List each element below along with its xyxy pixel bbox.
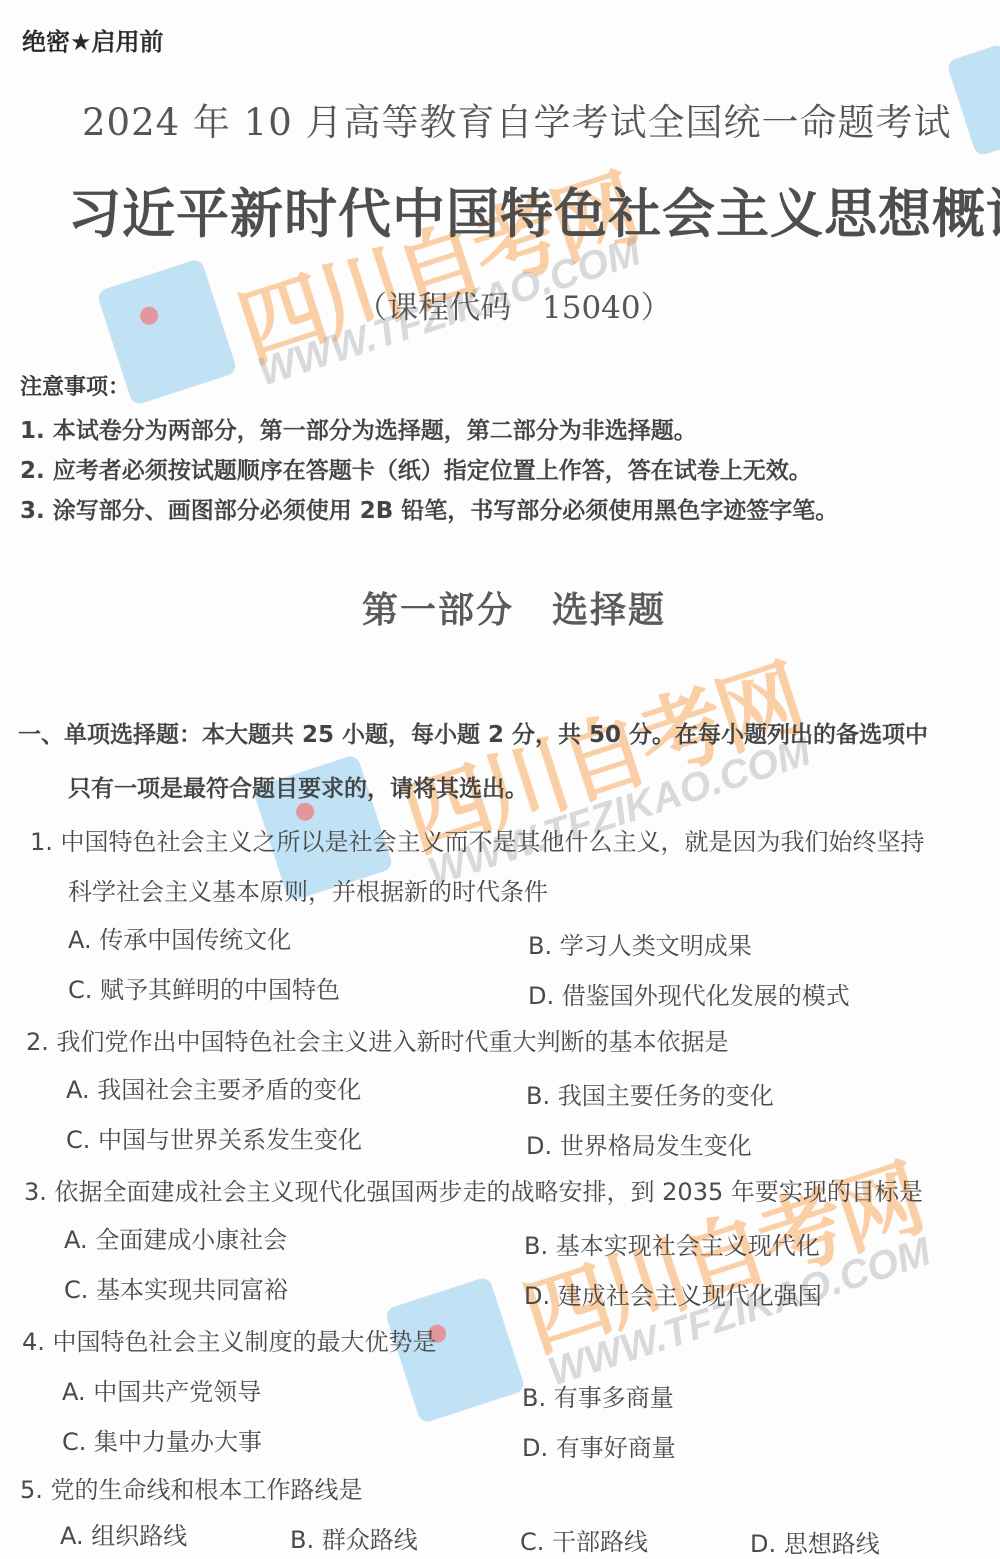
question-stem: 3. 依据全面建成社会主义现代化强国两步走的战略安排，到 2035 年要实现的目… — [24, 1172, 923, 1207]
notes-heading: 注意事项： — [20, 370, 130, 401]
confidential-label: 绝密★启用前 — [22, 22, 164, 57]
question-stem: 2. 我们党作出中国特色社会主义进入新时代重大判断的基本依据是 — [26, 1022, 729, 1057]
option-b: B. 学习人类文明成果 — [528, 926, 752, 961]
option-d: D. 世界格局发生变化 — [526, 1126, 752, 1161]
section-instructions-cont: 只有一项是最符合题目要求的，请将其选出。 — [68, 770, 528, 803]
question-stem: 1. 中国特色社会主义之所以是社会主义而不是其他什么主义，就是因为我们始终坚持 — [30, 822, 925, 857]
note-item: 3. 涂写部分、画图部分必须使用 2B 铅笔，书写部分必须使用黑色字迹签字笔。 — [20, 492, 838, 525]
part-heading: 第一部分 选择题 — [362, 582, 666, 633]
exam-title: 2024 年 10 月高等教育自学考试全国统一命题考试 — [82, 92, 952, 146]
watermark-url: WWW.TFZIKAO.COM — [423, 729, 817, 895]
option-c: C. 集中力量办大事 — [62, 1422, 262, 1457]
note-item: 1. 本试卷分为两部分，第一部分为选择题，第二部分为非选择题。 — [20, 412, 697, 445]
option-c: C. 基本实现共同富裕 — [64, 1270, 288, 1305]
option-b: B. 有事多商量 — [522, 1378, 674, 1413]
option-c: C. 中国与世界关系发生变化 — [66, 1120, 362, 1155]
option-a: A. 我国社会主要矛盾的变化 — [66, 1070, 361, 1105]
option-a: A. 中国共产党领导 — [62, 1372, 261, 1407]
question-stem-cont: 科学社会主义基本原则，并根据新的时代条件 — [68, 872, 548, 907]
option-a: A. 传承中国传统文化 — [68, 920, 291, 955]
option-c: C. 赋予其鲜明的中国特色 — [68, 970, 340, 1005]
option-b: B. 基本实现社会主义现代化 — [524, 1226, 820, 1261]
option-b: B. 我国主要任务的变化 — [526, 1076, 774, 1111]
option-b: B. 群众路线 — [290, 1520, 418, 1555]
course-code: （课程代码 15040） — [356, 282, 672, 327]
option-d: D. 思想路线 — [750, 1524, 880, 1559]
option-d: D. 建成社会主义现代化强国 — [524, 1276, 822, 1311]
option-a: A. 组织路线 — [60, 1516, 187, 1551]
option-d: D. 有事好商量 — [522, 1428, 676, 1463]
subject-title: 习近平新时代中国特色社会主义思想概论 — [68, 172, 1000, 248]
note-item: 2. 应考者必须按试题顺序在答题卡（纸）指定位置上作答，答在试卷上无效。 — [20, 452, 812, 485]
option-c: C. 干部路线 — [520, 1522, 648, 1557]
question-stem: 4. 中国特色社会主义制度的最大优势是 — [22, 1322, 437, 1357]
option-d: D. 借鉴国外现代化发展的模式 — [528, 976, 850, 1011]
watermark-logo-icon — [946, 43, 1000, 157]
option-a: A. 全面建成小康社会 — [64, 1220, 287, 1255]
question-stem: 5. 党的生命线和根本工作路线是 — [20, 1470, 363, 1505]
section-instructions: 一、单项选择题：本大题共 25 小题，每小题 2 分，共 50 分。在每小题列出… — [18, 716, 928, 749]
